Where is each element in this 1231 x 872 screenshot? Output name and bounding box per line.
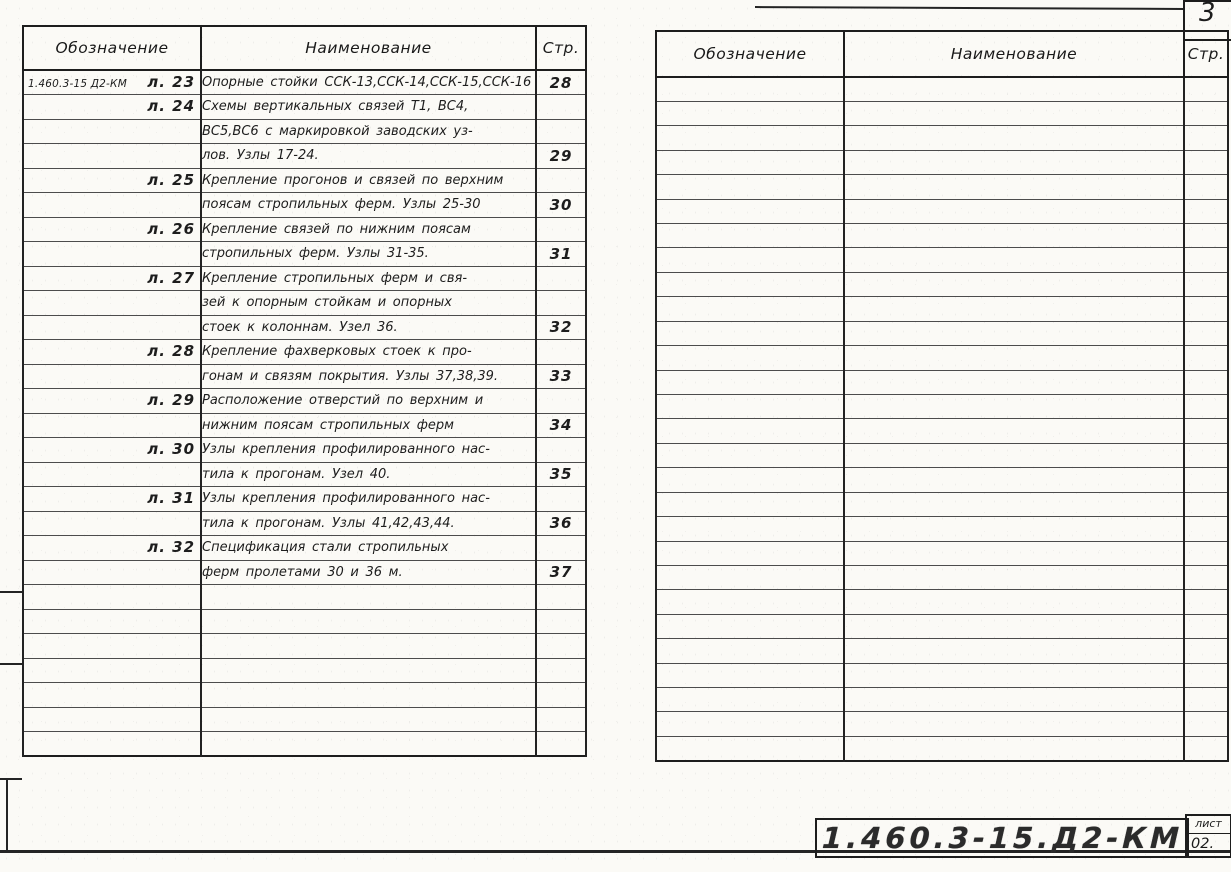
name-cell: лов. Узлы 17-24. [201, 144, 536, 169]
margin-tick [0, 663, 22, 665]
designation-cell: л. 28 [23, 340, 201, 365]
name-cell [844, 248, 1184, 272]
designation-cell [23, 462, 201, 487]
page-cell [1184, 77, 1228, 101]
name-cell: тила к прогонам. Узлы 41,42,43,44. [201, 511, 536, 536]
name-cell [844, 590, 1184, 614]
index-row-empty [656, 639, 1228, 663]
page-cell [536, 585, 586, 610]
index-row-empty [656, 712, 1228, 736]
page-cell [1184, 248, 1228, 272]
index-row-empty [656, 297, 1228, 321]
index-row: л. 25Крепление прогонов и связей по верх… [23, 168, 586, 193]
name-cell: стоек к колоннам. Узел 36. [201, 315, 536, 340]
index-row: гонам и связям покрытия. Узлы 37,38,39.3… [23, 364, 586, 389]
name-cell [844, 77, 1184, 101]
designation-cell [656, 419, 844, 443]
index-row: л. 28Крепление фахверковых стоек к про- [23, 340, 586, 365]
designation-cell [23, 560, 201, 585]
name-cell [844, 541, 1184, 565]
name-cell: тила к прогонам. Узел 40. [201, 462, 536, 487]
name-cell [844, 614, 1184, 638]
index-row [23, 683, 586, 708]
page-cell [1184, 101, 1228, 125]
name-cell: Расположение отверстий по верхним и [201, 389, 536, 414]
page-cell: 35 [536, 462, 586, 487]
page-cell: 36 [536, 511, 586, 536]
index-row [23, 609, 586, 634]
page-cell [536, 707, 586, 732]
sheet-ref: л. 26 [147, 220, 195, 238]
index-row: л. 26Крепление связей по нижним поясам [23, 217, 586, 242]
designation-cell [23, 119, 201, 144]
page-cell [1184, 712, 1228, 736]
page-cell [536, 266, 586, 291]
header-page: Стр. [536, 26, 586, 70]
name-cell [844, 419, 1184, 443]
name-cell [201, 634, 536, 659]
designation-cell [656, 590, 844, 614]
designation-code: 1.460.3-15 Д2-КМ [28, 78, 127, 90]
designation-cell [23, 291, 201, 316]
page-cell [1184, 639, 1228, 663]
designation-cell [23, 364, 201, 389]
name-cell: гонам и связям покрытия. Узлы 37,38,39. [201, 364, 536, 389]
name-cell [844, 688, 1184, 712]
name-cell [201, 683, 536, 708]
page-cell [1184, 126, 1228, 150]
header-name: Наименование [201, 26, 536, 70]
page-cell: 33 [536, 364, 586, 389]
sheet-number: 02. [1187, 834, 1230, 856]
index-row: ВС5,ВС6 с маркировкой заводских уз- [23, 119, 586, 144]
designation-cell [656, 175, 844, 199]
name-cell [844, 150, 1184, 174]
index-row: зей к опорным стойкам и опорных [23, 291, 586, 316]
page-cell [536, 291, 586, 316]
top-edge-line [755, 6, 1185, 9]
page-cell [1184, 346, 1228, 370]
designation-cell [656, 150, 844, 174]
name-cell [844, 639, 1184, 663]
index-row: тила к прогонам. Узел 40.35 [23, 462, 586, 487]
page-cell [1184, 419, 1228, 443]
name-cell: Схемы вертикальных связей Т1, ВС4, [201, 95, 536, 120]
left-table-header-row: Обозначение Наименование Стр. [23, 26, 586, 70]
index-row [23, 634, 586, 659]
name-cell: Опорные стойки ССК-13,ССК-14,ССК-15,ССК-… [201, 70, 536, 95]
page-cell [536, 609, 586, 634]
designation-cell: 1.460.3-15 Д2-КМл. 23 [23, 70, 201, 95]
index-row-empty [656, 126, 1228, 150]
name-cell: Крепление связей по нижним поясам [201, 217, 536, 242]
name-cell [844, 297, 1184, 321]
sheet-ref: л. 32 [147, 538, 195, 556]
margin-tick [0, 591, 22, 593]
name-cell: Крепление фахверковых стоек к про- [201, 340, 536, 365]
index-row: тила к прогонам. Узлы 41,42,43,44.36 [23, 511, 586, 536]
page-cell: 37 [536, 560, 586, 585]
name-cell [844, 101, 1184, 125]
name-cell: Крепление стропильных ферм и свя- [201, 266, 536, 291]
index-row-empty [656, 321, 1228, 345]
left-index-table: Обозначение Наименование Стр. 1.460.3-15… [22, 25, 587, 757]
sheet-label: лист [1187, 816, 1230, 834]
page-cell [1184, 321, 1228, 345]
index-row: стропильных ферм. Узлы 31-35.31 [23, 242, 586, 267]
designation-cell [656, 712, 844, 736]
name-cell: поясам стропильных ферм. Узлы 25-30 [201, 193, 536, 218]
designation-cell: л. 27 [23, 266, 201, 291]
designation-cell: л. 32 [23, 536, 201, 561]
page-cell [1184, 150, 1228, 174]
index-row-empty [656, 565, 1228, 589]
index-row-empty [656, 346, 1228, 370]
page-cell: 34 [536, 413, 586, 438]
designation-cell: л. 29 [23, 389, 201, 414]
designation-cell [23, 658, 201, 683]
name-cell: ВС5,ВС6 с маркировкой заводских уз- [201, 119, 536, 144]
designation-cell [23, 511, 201, 536]
designation-cell [656, 370, 844, 394]
page-cell [1184, 175, 1228, 199]
sheet-ref: л. 24 [147, 97, 195, 115]
scanned-drawing-sheet: { "page": { "corner_mark": "3", "title_b… [0, 0, 1231, 872]
index-row: стоек к колоннам. Узел 36.32 [23, 315, 586, 340]
title-block-code: 1.460.3-15.Д2-КМ [821, 821, 1183, 855]
margin-vertical-line [6, 778, 8, 852]
name-cell: Узлы крепления профилированного нас- [201, 487, 536, 512]
name-cell [201, 732, 536, 757]
page-cell: 32 [536, 315, 586, 340]
name-cell [844, 517, 1184, 541]
index-row: л. 32Спецификация стали стропильных [23, 536, 586, 561]
name-cell [201, 707, 536, 732]
designation-cell [23, 413, 201, 438]
page-cell [1184, 297, 1228, 321]
name-cell [844, 175, 1184, 199]
page-cell [1184, 492, 1228, 516]
page-cell [1184, 443, 1228, 467]
page-cell [536, 438, 586, 463]
name-cell: Спецификация стали стропильных [201, 536, 536, 561]
sheet-ref: л. 28 [147, 342, 195, 360]
index-row-empty [656, 101, 1228, 125]
designation-cell [23, 242, 201, 267]
index-row-empty [656, 419, 1228, 443]
index-row-empty [656, 468, 1228, 492]
header-designation: Обозначение [656, 31, 844, 77]
page-cell [536, 732, 586, 757]
name-cell [201, 585, 536, 610]
page-cell [1184, 541, 1228, 565]
index-row-empty [656, 663, 1228, 687]
index-row-empty [656, 77, 1228, 101]
page-cell [536, 536, 586, 561]
designation-cell [656, 517, 844, 541]
designation-cell [656, 468, 844, 492]
sheet-ref: л. 25 [147, 171, 195, 189]
designation-cell: л. 31 [23, 487, 201, 512]
designation-cell [656, 394, 844, 418]
designation-cell: л. 25 [23, 168, 201, 193]
index-row-empty [656, 150, 1228, 174]
name-cell [844, 443, 1184, 467]
designation-cell: л. 24 [23, 95, 201, 120]
sheet-number-box: лист 02. [1185, 814, 1231, 858]
designation-cell: л. 26 [23, 217, 201, 242]
header-designation: Обозначение [23, 26, 201, 70]
designation-cell [656, 443, 844, 467]
designation-cell [23, 609, 201, 634]
index-row [23, 707, 586, 732]
designation-cell [656, 248, 844, 272]
index-row: л. 31Узлы крепления профилированного нас… [23, 487, 586, 512]
name-cell [201, 658, 536, 683]
designation-cell [656, 101, 844, 125]
designation-cell [656, 614, 844, 638]
page-cell: 28 [536, 70, 586, 95]
page-cell: 30 [536, 193, 586, 218]
designation-cell [23, 634, 201, 659]
index-row-empty [656, 614, 1228, 638]
index-row-empty [656, 175, 1228, 199]
name-cell: Узлы крепления профилированного нас- [201, 438, 536, 463]
page-cell [536, 634, 586, 659]
designation-cell [656, 321, 844, 345]
index-row: ферм пролетами 30 и 36 м.37 [23, 560, 586, 585]
name-cell [844, 321, 1184, 345]
index-row [23, 732, 586, 757]
name-cell: зей к опорным стойкам и опорных [201, 291, 536, 316]
sheet-ref: л. 31 [147, 489, 195, 507]
sheet-ref: л. 27 [147, 269, 195, 287]
name-cell: нижним поясам стропильных ферм [201, 413, 536, 438]
index-row: лов. Узлы 17-24.29 [23, 144, 586, 169]
index-row: л. 30Узлы крепления профилированного нас… [23, 438, 586, 463]
name-cell [844, 126, 1184, 150]
index-row: л. 29Расположение отверстий по верхним и [23, 389, 586, 414]
index-row-empty [656, 736, 1228, 760]
page-cell [536, 487, 586, 512]
page-cell [1184, 565, 1228, 589]
index-row-empty [656, 517, 1228, 541]
designation-cell [656, 297, 844, 321]
page-cell [1184, 370, 1228, 394]
page-cell [536, 389, 586, 414]
name-cell [844, 224, 1184, 248]
designation-cell [656, 199, 844, 223]
name-cell [844, 492, 1184, 516]
name-cell [844, 565, 1184, 589]
sheet-ref: л. 23 [147, 73, 195, 91]
name-cell [844, 370, 1184, 394]
page-cell [536, 658, 586, 683]
header-name: Наименование [844, 31, 1184, 77]
designation-cell [656, 565, 844, 589]
designation-cell [656, 663, 844, 687]
page-cell [1184, 468, 1228, 492]
title-block: 1.460.3-15.Д2-КМ [815, 818, 1189, 858]
designation-cell [656, 541, 844, 565]
index-row-empty [656, 492, 1228, 516]
page-cell [536, 217, 586, 242]
page-corner-number: 3 [1199, 0, 1216, 28]
designation-cell [656, 77, 844, 101]
index-row [23, 658, 586, 683]
name-cell [844, 736, 1184, 760]
designation-cell [23, 683, 201, 708]
page-cell [1184, 663, 1228, 687]
designation-cell [23, 144, 201, 169]
page-cell [1184, 688, 1228, 712]
page-cell [536, 683, 586, 708]
page-cell [1184, 272, 1228, 296]
name-cell [844, 199, 1184, 223]
index-row: нижним поясам стропильных ферм34 [23, 413, 586, 438]
name-cell [844, 468, 1184, 492]
designation-cell [656, 272, 844, 296]
index-row-empty [656, 394, 1228, 418]
designation-cell [656, 688, 844, 712]
index-row-empty [656, 272, 1228, 296]
designation-cell [23, 585, 201, 610]
page-cell [536, 119, 586, 144]
index-row-empty [656, 248, 1228, 272]
index-row-empty [656, 199, 1228, 223]
page-cell [1184, 224, 1228, 248]
page-cell [1184, 590, 1228, 614]
page-cell [1184, 736, 1228, 760]
name-cell [844, 663, 1184, 687]
sheet-ref: л. 30 [147, 440, 195, 458]
designation-cell [23, 193, 201, 218]
name-cell [844, 272, 1184, 296]
index-row-empty [656, 688, 1228, 712]
index-row: л. 27Крепление стропильных ферм и свя- [23, 266, 586, 291]
designation-cell [23, 707, 201, 732]
page-cell: 29 [536, 144, 586, 169]
designation-cell [656, 126, 844, 150]
designation-cell [23, 732, 201, 757]
designation-cell [656, 736, 844, 760]
right-index-table: Обозначение Наименование Стр. [655, 30, 1229, 762]
index-row-empty [656, 370, 1228, 394]
name-cell: ферм пролетами 30 и 36 м. [201, 560, 536, 585]
designation-cell [656, 639, 844, 663]
index-row: л. 24Схемы вертикальных связей Т1, ВС4, [23, 95, 586, 120]
right-table-header-row: Обозначение Наименование Стр. [656, 31, 1228, 77]
index-row: 1.460.3-15 Д2-КМл. 23Опорные стойки ССК-… [23, 70, 586, 95]
index-row-empty [656, 541, 1228, 565]
name-cell: стропильных ферм. Узлы 31-35. [201, 242, 536, 267]
index-row-empty [656, 224, 1228, 248]
designation-cell [23, 315, 201, 340]
designation-cell: л. 30 [23, 438, 201, 463]
designation-cell [656, 492, 844, 516]
name-cell [201, 609, 536, 634]
page-cell [536, 168, 586, 193]
designation-cell [656, 346, 844, 370]
page-cell [1184, 199, 1228, 223]
header-page: Стр. [1184, 31, 1228, 77]
page-cell [1184, 517, 1228, 541]
index-row-empty [656, 443, 1228, 467]
page-cell [1184, 394, 1228, 418]
page-cell [1184, 614, 1228, 638]
name-cell [844, 394, 1184, 418]
index-row: поясам стропильных ферм. Узлы 25-3030 [23, 193, 586, 218]
name-cell [844, 346, 1184, 370]
designation-cell [656, 224, 844, 248]
sheet-ref: л. 29 [147, 391, 195, 409]
page-cell: 31 [536, 242, 586, 267]
name-cell [844, 712, 1184, 736]
name-cell: Крепление прогонов и связей по верхним [201, 168, 536, 193]
page-cell [536, 340, 586, 365]
index-row-empty [656, 590, 1228, 614]
margin-tick [0, 778, 22, 780]
page-cell [536, 95, 586, 120]
index-row [23, 585, 586, 610]
